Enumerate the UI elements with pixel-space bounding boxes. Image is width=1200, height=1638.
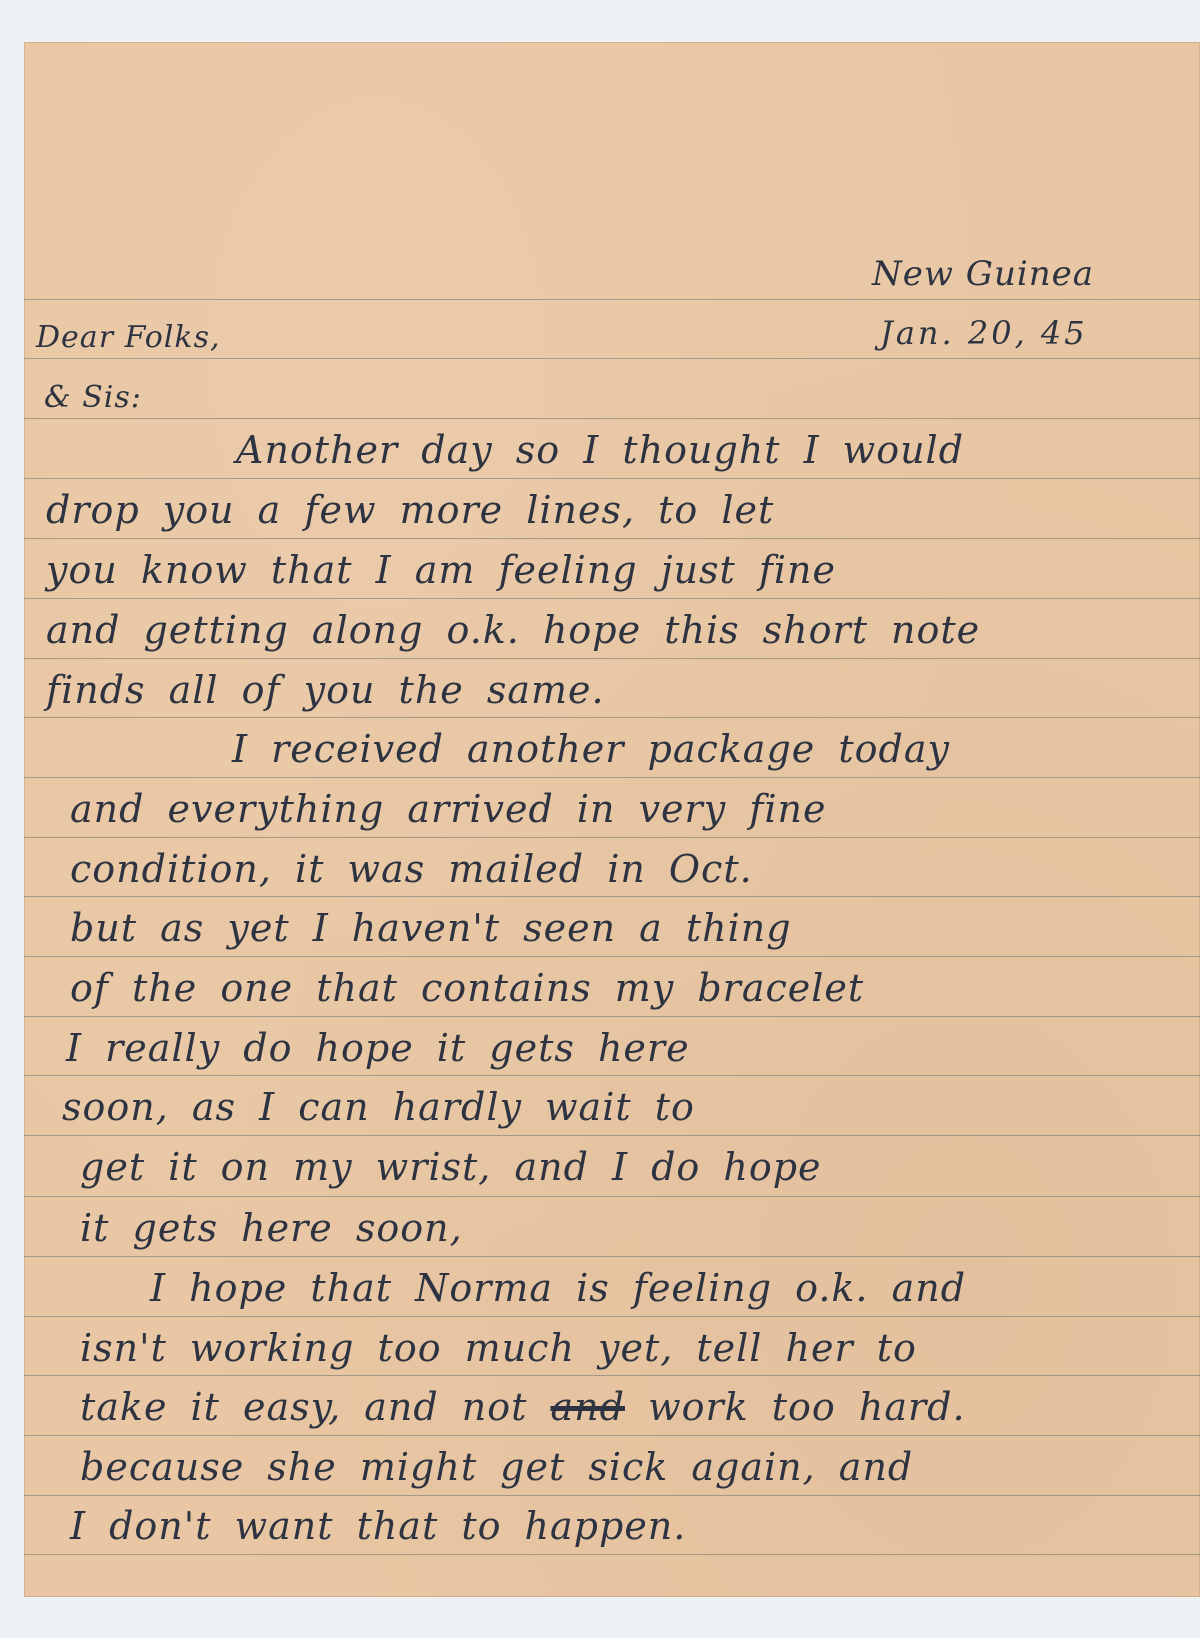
letter-line: soon, as I can hardly wait to [62, 1085, 695, 1129]
letter-line: Another day so I thought I would [236, 428, 964, 472]
letter-line: you know that I am feeling just fine [46, 548, 836, 592]
ruled-line [24, 956, 1200, 957]
letter-line: drop you a few more lines, to let [46, 488, 774, 532]
letter-line: finds all of you the same. [46, 668, 605, 712]
ruled-line [24, 658, 1200, 659]
ruled-line [24, 1196, 1200, 1197]
letter-line-part: work too hard. [648, 1385, 965, 1429]
letter-line: because she might get sick again, and [80, 1445, 913, 1489]
salutation-line-1: Dear Folks, [36, 320, 221, 355]
ruled-line [24, 1375, 1200, 1376]
letter-line: take it easy, and not and work too hard. [80, 1385, 966, 1429]
letter-line: condition, it was mailed in Oct. [70, 847, 753, 891]
ruled-line [24, 538, 1200, 539]
letter-paper: New Guinea Jan. 20, 45 Dear Folks, & Sis… [24, 42, 1200, 1597]
ruled-line [24, 896, 1200, 897]
ruled-line [24, 1135, 1200, 1136]
ruled-line [24, 598, 1200, 599]
ruled-line [24, 1256, 1200, 1257]
ruled-line [24, 299, 1200, 300]
ruled-line [24, 1435, 1200, 1436]
ruled-line [24, 837, 1200, 838]
letter-place: New Guinea [872, 254, 1094, 294]
ruled-line [24, 478, 1200, 479]
ruled-line [24, 717, 1200, 718]
ruled-line [24, 1554, 1200, 1555]
letter-line: isn't working too much yet, tell her to [80, 1326, 917, 1370]
ruled-line [24, 1316, 1200, 1317]
letter-line: of the one that contains my bracelet [70, 966, 864, 1010]
ruled-line [24, 1016, 1200, 1017]
ruled-line [24, 1075, 1200, 1076]
letter-line: I received another package today [232, 727, 950, 771]
letter-date: Jan. 20, 45 [880, 314, 1088, 352]
letter-line-part: take it easy, and not [80, 1385, 527, 1429]
letter-line: get it on my wrist, and I do hope [80, 1145, 822, 1189]
letter-line: I really do hope it gets here [66, 1026, 690, 1070]
struck-out-word: and [551, 1385, 625, 1429]
ruled-line [24, 418, 1200, 419]
salutation-line-2: & Sis: [44, 380, 142, 415]
letter-line: and everything arrived in very fine [70, 787, 826, 831]
letter-line: I don't want that to happen. [70, 1504, 686, 1548]
scanned-letter: New Guinea Jan. 20, 45 Dear Folks, & Sis… [0, 0, 1200, 1638]
letter-line: I hope that Norma is feeling o.k. and [150, 1266, 966, 1310]
ruled-line [24, 777, 1200, 778]
letter-line: and getting along o.k. hope this short n… [46, 608, 980, 652]
ruled-line [24, 1495, 1200, 1496]
letter-line: but as yet I haven't seen a thing [70, 906, 792, 950]
letter-line: it gets here soon, [80, 1206, 463, 1250]
ruled-line [24, 358, 1200, 359]
